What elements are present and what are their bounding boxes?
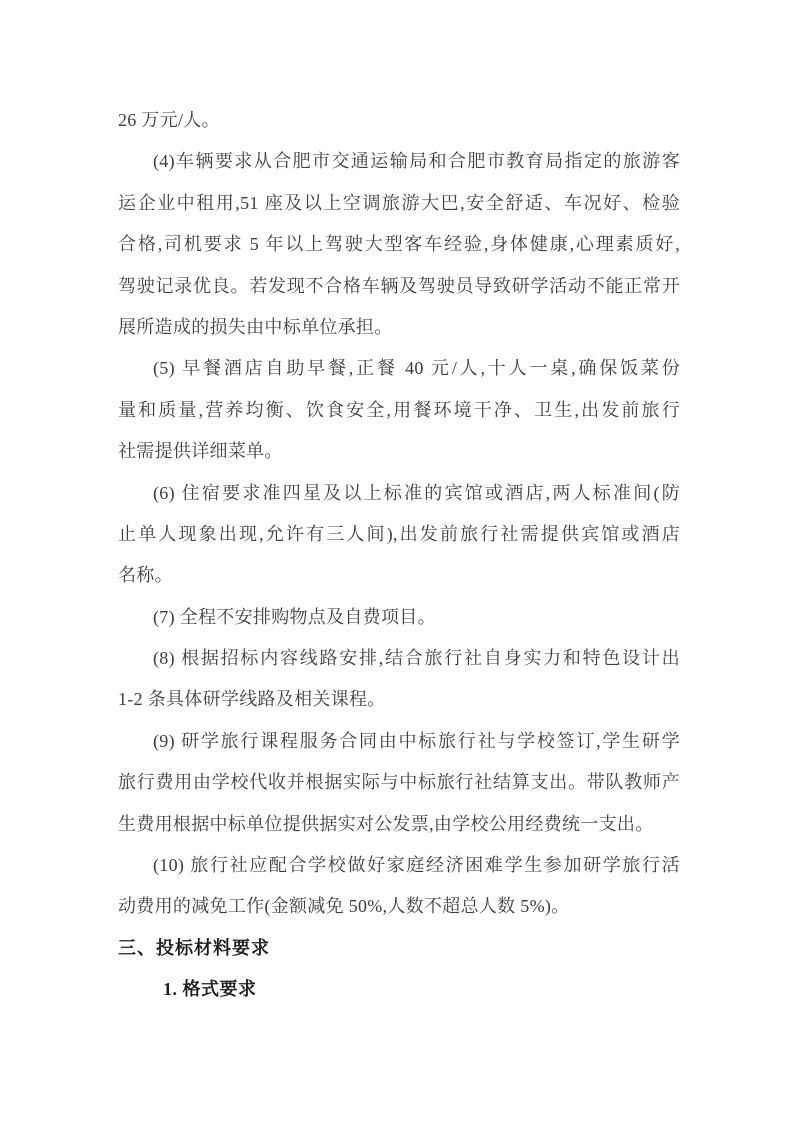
- text-line: 运企业中租用,51 座及以上空调旅游大巴,安全舒适、车况好、检验: [118, 183, 680, 224]
- text-line: (8) 根据招标内容线路安排,结合旅行社自身实力和特色设计出: [118, 638, 680, 679]
- paragraph: (6) 住宿要求准四星及以上标准的宾馆或酒店,两人标准间(防止单人现象出现,允许…: [118, 473, 680, 597]
- text-line: 1-2 条具体研学线路及相关课程。: [118, 679, 680, 720]
- document-page: { "page": { "background": "#ffffff", "bo…: [0, 0, 794, 1123]
- paragraph: (4)车辆要求从合肥市交通运输局和合肥市教育局指定的旅游客运企业中租用,51 座…: [118, 141, 680, 348]
- text-line: (9) 研学旅行课程服务合同由中标旅行社与学校签订,学生研学: [118, 721, 680, 762]
- text-line: 止单人现象出现,允许有三人间),出发前旅行社需提供宾馆或酒店: [118, 514, 680, 555]
- section-heading: 三、投标材料要求: [118, 928, 680, 969]
- text-line: 合格,司机要求 5 年以上驾驶大型客车经验,身体健康,心理素质好,: [118, 224, 680, 265]
- text-line: 展所造成的损失由中标单位承担。: [118, 307, 680, 348]
- paragraph: (8) 根据招标内容线路安排,结合旅行社自身实力和特色设计出1-2 条具体研学线…: [118, 638, 680, 721]
- paragraph: 26 万元/人。: [118, 100, 680, 141]
- text-line: 26 万元/人。: [118, 100, 680, 141]
- paragraph: (9) 研学旅行课程服务合同由中标旅行社与学校签订,学生研学旅行费用由学校代收并…: [118, 721, 680, 845]
- page: 26 万元/人。(4)车辆要求从合肥市交通运输局和合肥市教育局指定的旅游客运企业…: [0, 0, 794, 1123]
- text-line: 生费用根据中标单位提供据实对公发票,由学校公用经费统一支出。: [118, 804, 680, 845]
- paragraph: (5) 早餐酒店自助早餐,正餐 40 元/人,十人一桌,确保饭菜份量和质量,营养…: [118, 348, 680, 472]
- text-line: (6) 住宿要求准四星及以上标准的宾馆或酒店,两人标准间(防: [118, 473, 680, 514]
- text-line: 1. 格式要求: [118, 969, 680, 1010]
- text-line: (10) 旅行社应配合学校做好家庭经济困难学生参加研学旅行活: [118, 845, 680, 886]
- text-line: 量和质量,营养均衡、饮食安全,用餐环境干净、卫生,出发前旅行: [118, 390, 680, 431]
- text-line: 旅行费用由学校代收并根据实际与中标旅行社结算支出。带队教师产: [118, 762, 680, 803]
- text-line: 动费用的减免工作(金额减免 50%,人数不超总人数 5%)。: [118, 886, 680, 927]
- text-line: 社需提供详细菜单。: [118, 431, 680, 472]
- text-line: 三、投标材料要求: [118, 928, 680, 969]
- document-body: 26 万元/人。(4)车辆要求从合肥市交通运输局和合肥市教育局指定的旅游客运企业…: [118, 100, 680, 1011]
- text-line: 驾驶记录优良。若发现不合格车辆及驾驶员导致研学活动不能正常开: [118, 266, 680, 307]
- text-line: 名称。: [118, 555, 680, 596]
- text-line: (7) 全程不安排购物点及自费项目。: [118, 597, 680, 638]
- paragraph: (10) 旅行社应配合学校做好家庭经济困难学生参加研学旅行活动费用的减免工作(金…: [118, 845, 680, 928]
- text-line: (5) 早餐酒店自助早餐,正餐 40 元/人,十人一桌,确保饭菜份: [118, 348, 680, 389]
- paragraph: (7) 全程不安排购物点及自费项目。: [118, 597, 680, 638]
- subsection-heading: 1. 格式要求: [118, 969, 680, 1010]
- text-line: (4)车辆要求从合肥市交通运输局和合肥市教育局指定的旅游客: [118, 141, 680, 182]
